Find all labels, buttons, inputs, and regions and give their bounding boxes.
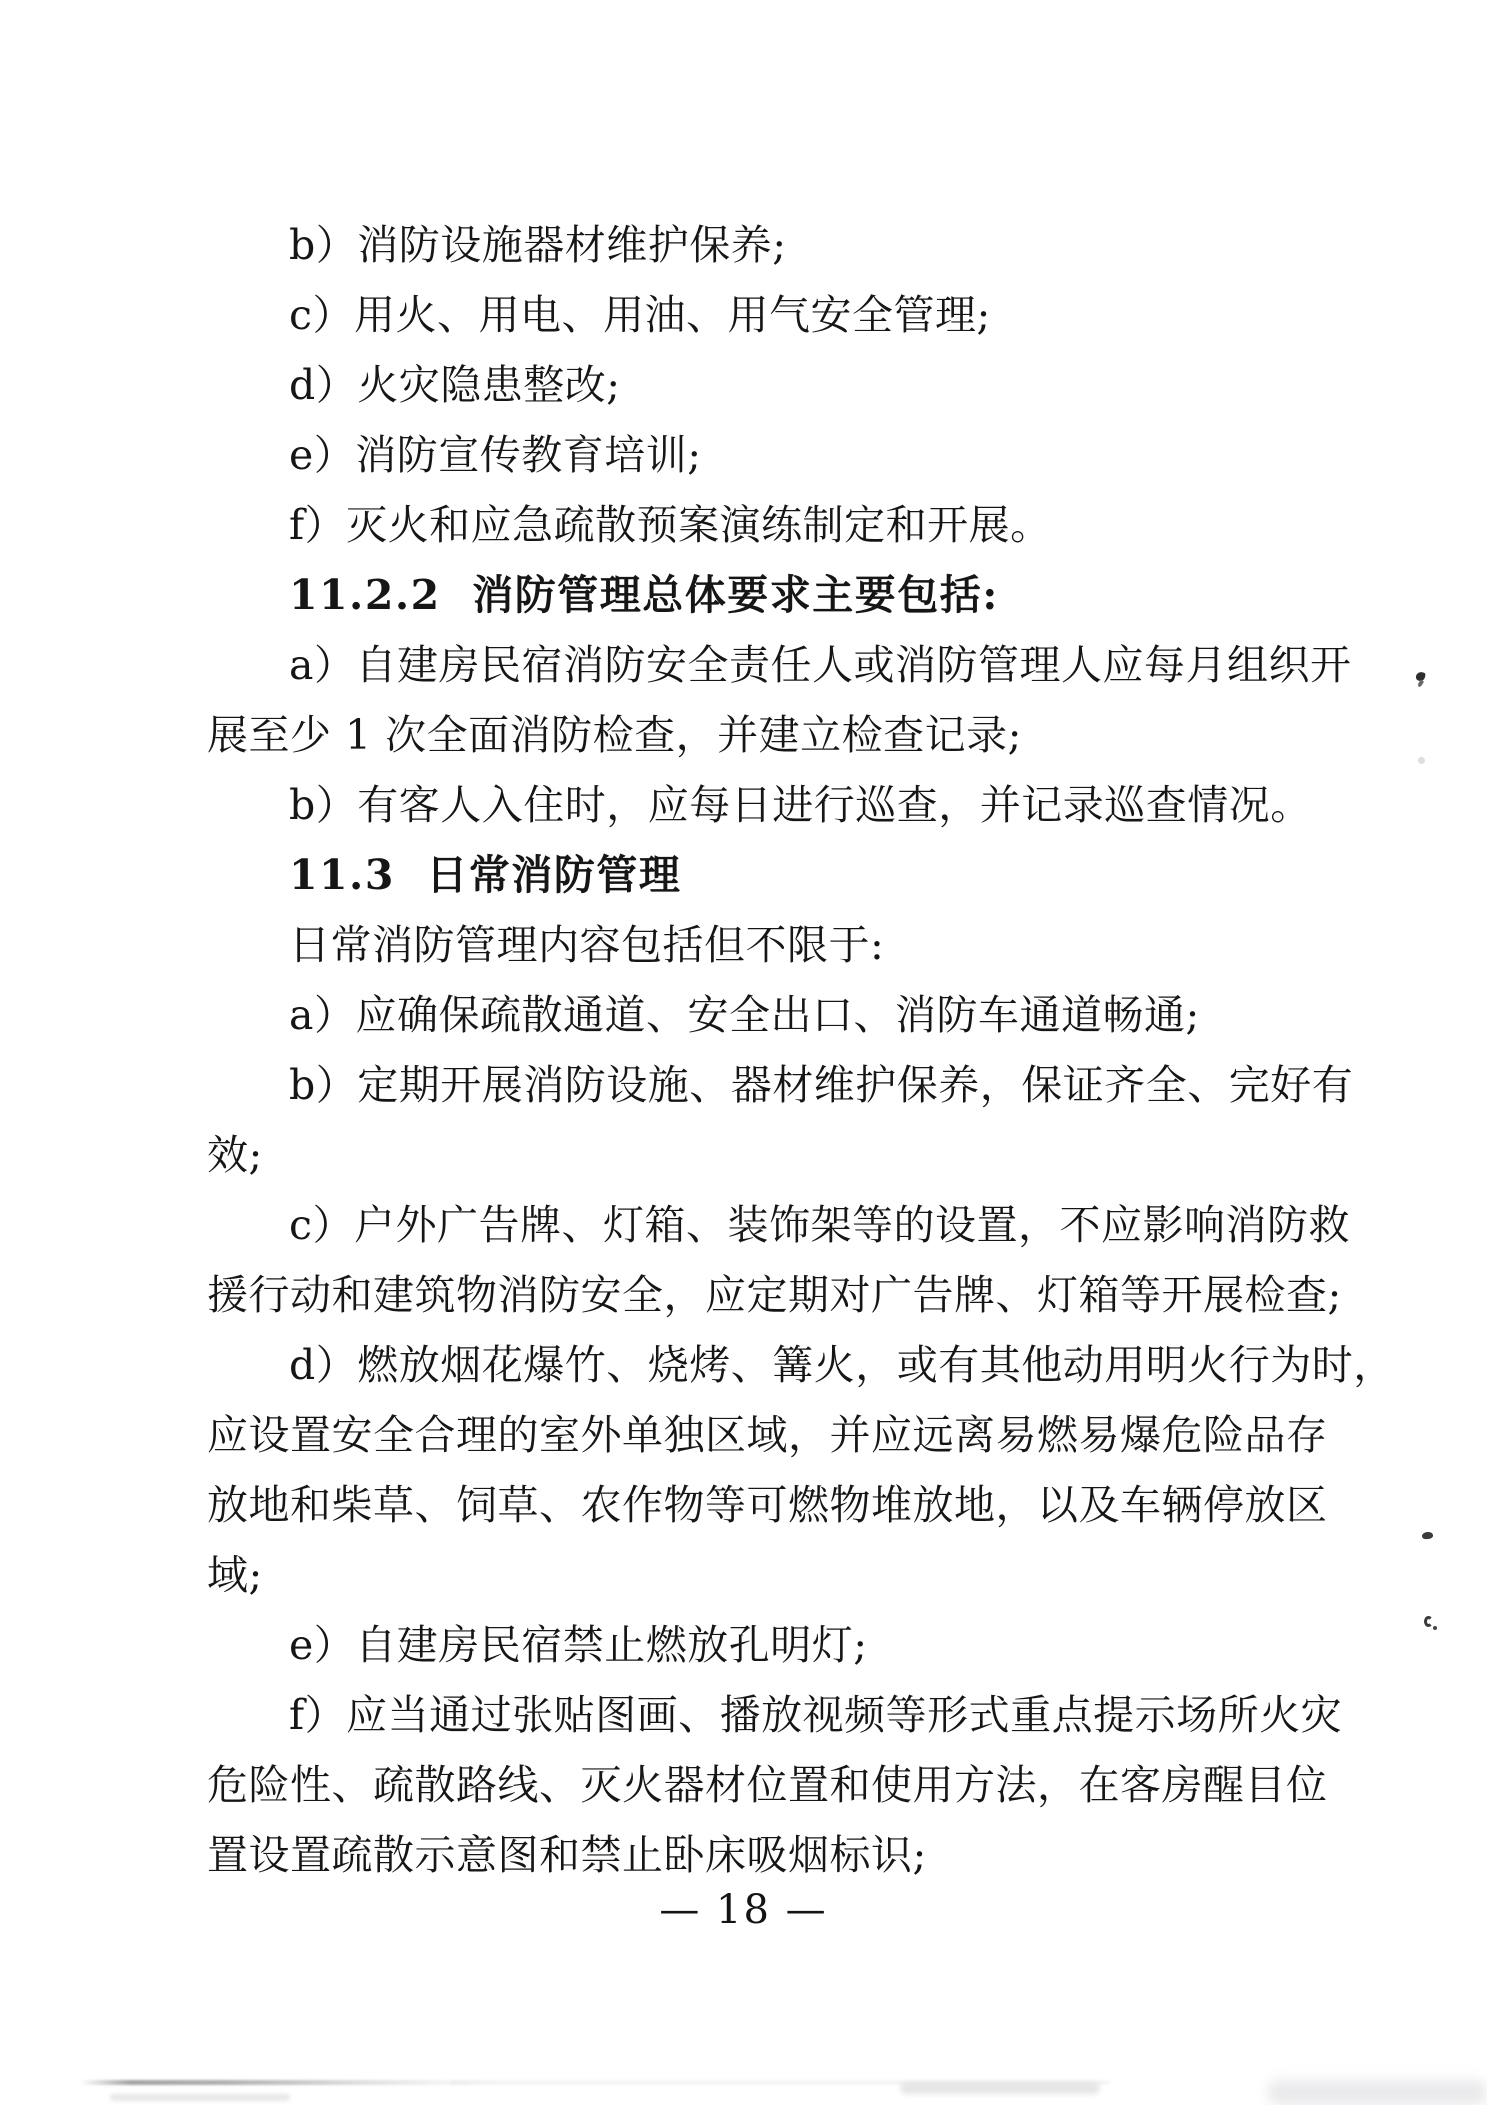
- clause-11-3-item-a: a）应确保疏散通道、安全出口、消防车通道畅通;: [207, 980, 1367, 1050]
- scan-speck-artifact: [1415, 671, 1426, 682]
- clause-11-3-item-d-line2: 应设置安全合理的室外单独区域，并应远离易燃易爆危险品存: [207, 1400, 1367, 1470]
- scanned-document-page: b）消防设施器材维护保养; c）用火、用电、用油、用气安全管理; d）火灾隐患整…: [0, 0, 1487, 2105]
- clause-11-3-item-c-line1: c）户外广告牌、灯箱、装饰架等的设置，不应影响消防救: [207, 1190, 1367, 1260]
- clause-11-2-2-heading: 11.2.2 消防管理总体要求主要包括:: [207, 560, 1367, 630]
- clause-11-3-intro: 日常消防管理内容包括但不限于:: [207, 910, 1367, 980]
- clause-11-3-item-d-line3: 放地和柴草、饲草、农作物等可燃物堆放地，以及车辆停放区: [207, 1470, 1367, 1540]
- clause-11-3-item-c-line2: 援行动和建筑物消防安全，应定期对广告牌、灯箱等开展检查;: [207, 1260, 1367, 1330]
- clause-11-3-item-b-line2: 效;: [207, 1120, 1367, 1190]
- clause-11-3-item-f-line3: 置设置疏散示意图和禁止卧床吸烟标识;: [207, 1820, 1367, 1890]
- clause-11-3-item-e: e）自建房民宿禁止燃放孔明灯;: [207, 1610, 1367, 1680]
- list-item-f-drill: f）灭火和应急疏散预案演练制定和开展。: [207, 490, 1367, 560]
- list-item-c-fire-electric: c）用火、用电、用油、用气安全管理;: [207, 280, 1367, 350]
- clause-11-3-item-d-line4: 域;: [207, 1540, 1367, 1610]
- list-item-b-fire-equipment: b）消防设施器材维护保养;: [207, 210, 1367, 280]
- scan-speck-artifact: [1422, 1531, 1434, 1539]
- document-body: b）消防设施器材维护保养; c）用火、用电、用油、用气安全管理; d）火灾隐患整…: [207, 210, 1367, 1890]
- clause-11-2-2-item-a-line2: 展至少 1 次全面消防检查，并建立检查记录;: [207, 700, 1367, 770]
- list-item-d-hazard-rectify: d）火灾隐患整改;: [207, 350, 1367, 420]
- clause-11-3-item-f-line1: f）应当通过张贴图画、播放视频等形式重点提示场所火灾: [207, 1680, 1367, 1750]
- scan-smudge-artifact: [80, 2080, 500, 2085]
- scan-smudge-artifact: [900, 2083, 1100, 2094]
- clause-11-2-2-item-a-line1: a）自建房民宿消防安全责任人或消防管理人应每月组织开: [207, 630, 1367, 700]
- clause-11-3-item-f-line2: 危险性、疏散路线、灭火器材位置和使用方法，在客房醒目位: [207, 1750, 1367, 1820]
- scan-speck-artifact: [1424, 1616, 1433, 1627]
- clause-11-3-item-d-line1: d）燃放烟花爆竹、烧烤、篝火，或有其他动用明火行为时，: [207, 1330, 1367, 1400]
- page-number: — 18 —: [0, 1886, 1487, 1934]
- clause-11-3-heading: 11.3 日常消防管理: [207, 840, 1367, 910]
- clause-11-3-item-b-line1: b）定期开展消防设施、器材维护保养，保证齐全、完好有: [207, 1050, 1367, 1120]
- scan-speck-artifact: [1418, 757, 1425, 764]
- clause-11-2-2-item-b: b）有客人入住时，应每日进行巡查，并记录巡查情况。: [207, 770, 1367, 840]
- scan-smudge-artifact: [1268, 2080, 1487, 2105]
- list-item-e-education: e）消防宣传教育培训;: [207, 420, 1367, 490]
- scan-smudge-artifact: [110, 2094, 290, 2101]
